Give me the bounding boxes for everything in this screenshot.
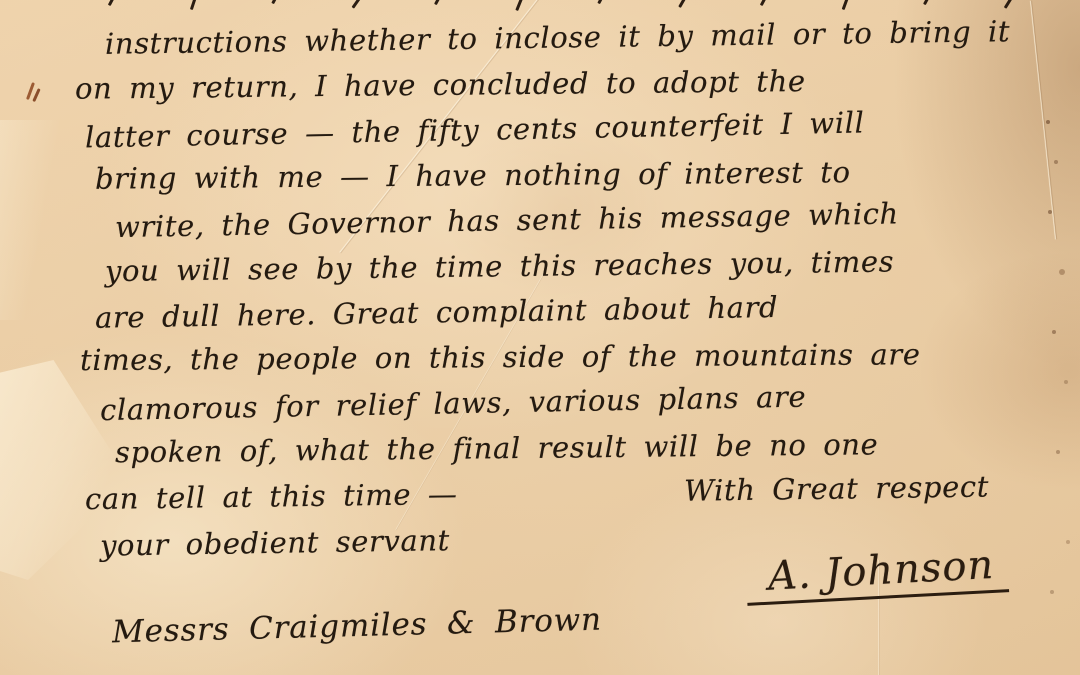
addressee-line: Messrs Craigmiles & Brown bbox=[112, 602, 603, 651]
letter-page: instructions whether to inclose it by ma… bbox=[0, 0, 1080, 675]
respect-closing: With Great respect bbox=[684, 464, 989, 514]
foxing-speckles bbox=[1046, 120, 1050, 124]
handwriting-line-left: can tell at this time — bbox=[85, 472, 458, 523]
letter-body: instructions whether to inclose it by ma… bbox=[0, 16, 1044, 562]
